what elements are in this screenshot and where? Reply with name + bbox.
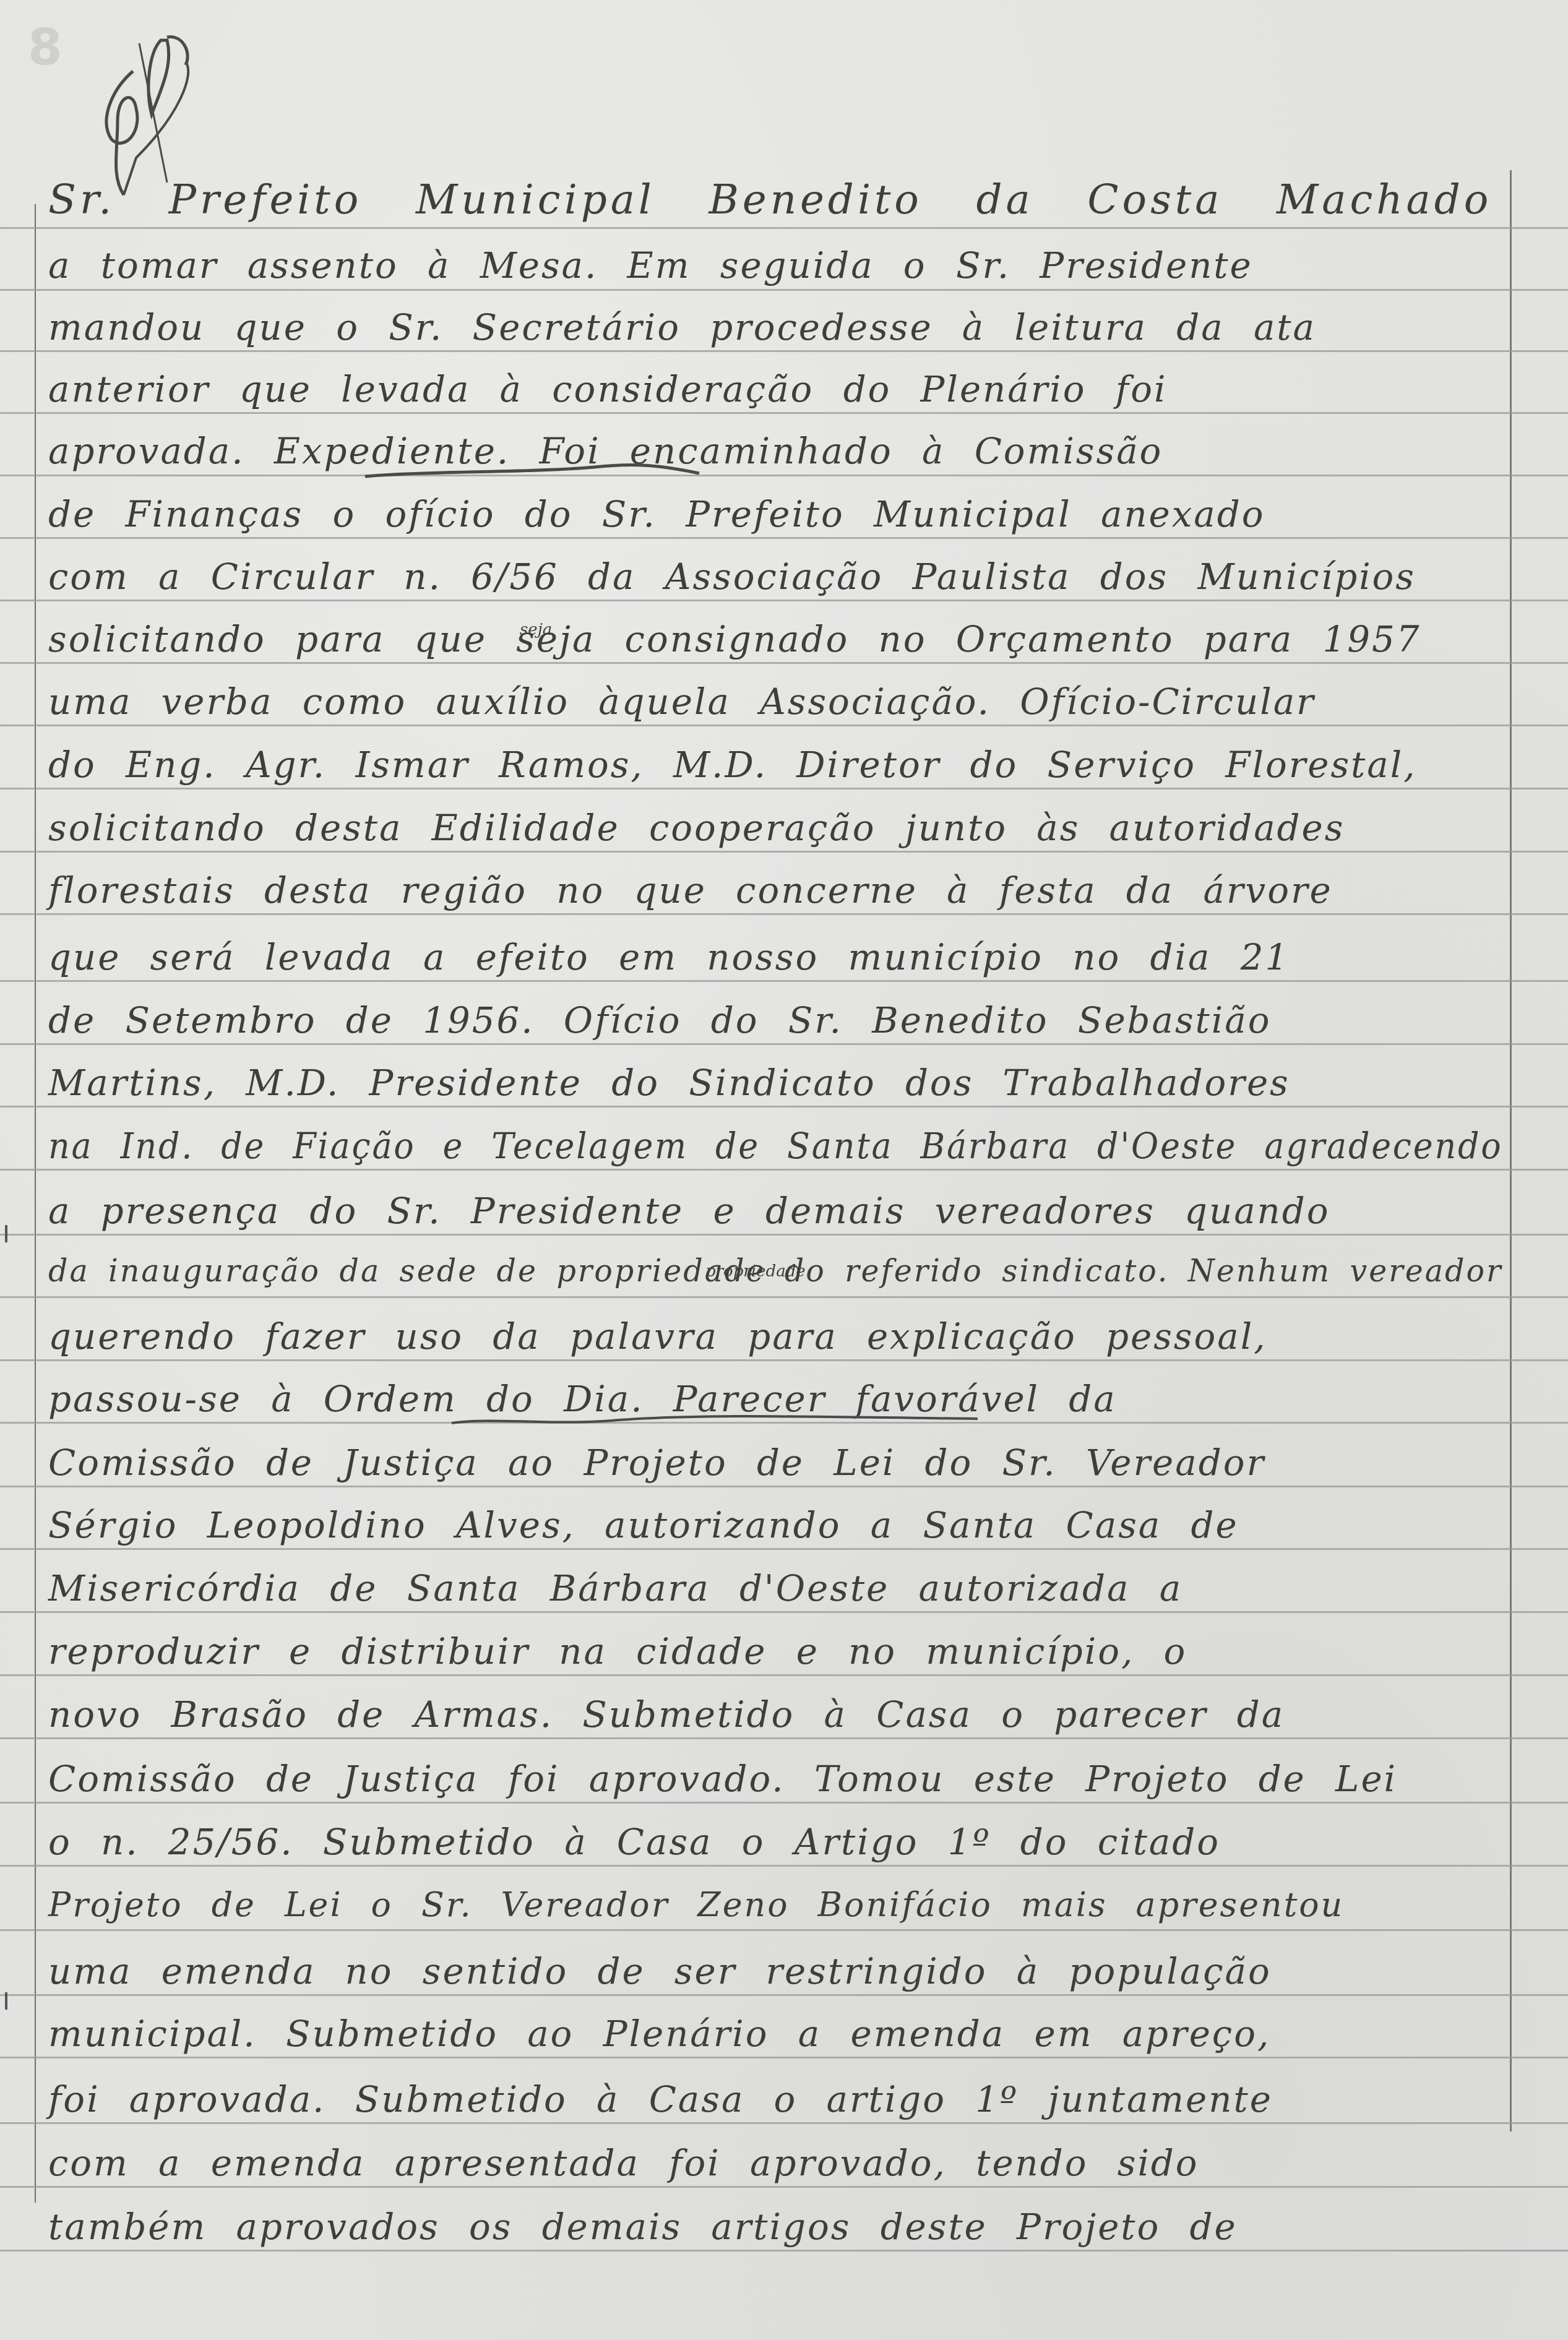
interlinear-insertion: seja — [520, 621, 552, 639]
heading-underlines — [0, 0, 1568, 2340]
interlinear-insertion: propriedade — [705, 1262, 806, 1281]
ordem-do-dia-underline — [452, 1416, 978, 1423]
margin-mark — [5, 1225, 7, 1242]
expediente-underline — [365, 465, 699, 476]
document-page: 8 — [0, 0, 1568, 2340]
margin-mark — [5, 1992, 7, 2010]
